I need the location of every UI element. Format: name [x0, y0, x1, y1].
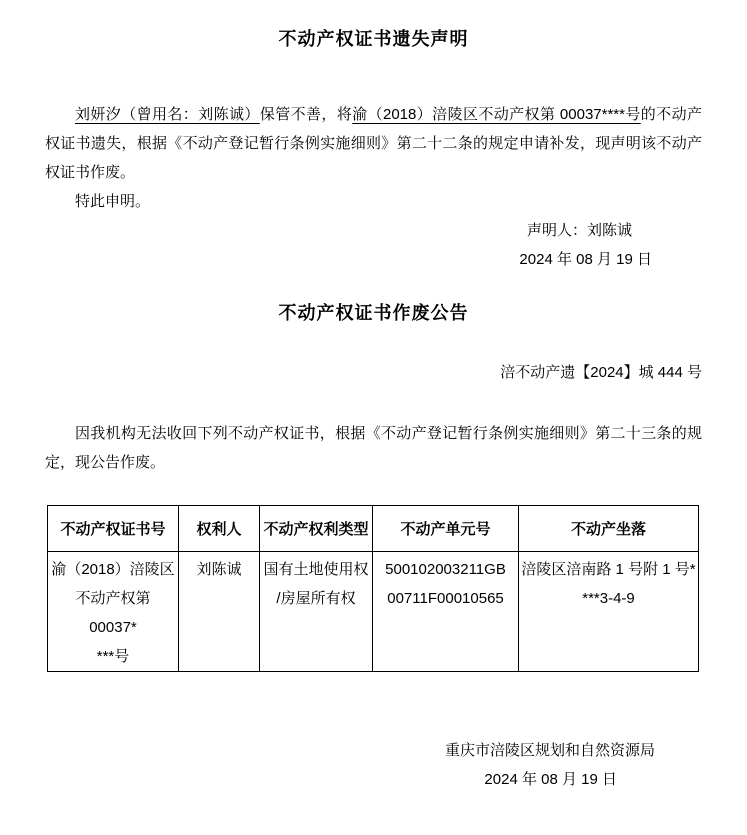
- header-property-location: 不动产坐落: [519, 506, 699, 552]
- loss-declaration-title: 不动产权证书遗失声明: [45, 26, 702, 52]
- header-rights-holder: 权利人: [179, 506, 260, 552]
- cell-unit-number: 500102003211GB 00711F00010565: [373, 552, 519, 672]
- certificate-number-underlined: 渝（2018）涪陵区不动产权第 00037****号: [352, 106, 641, 123]
- notice-document-number: 涪不动产遗【2024】城 444 号: [45, 358, 702, 387]
- header-unit-number: 不动产单元号: [373, 506, 519, 552]
- closing-statement: 特此申明。: [45, 187, 702, 216]
- invalidation-paragraph: 因我机构无法收回下列不动产权证书，根据《不动产登记暂行条例实施细则》第二十三条的…: [45, 419, 702, 477]
- invalidation-notice-title: 不动产权证书作废公告: [45, 300, 702, 326]
- cell-certificate-number: 渝（2018）涪陵区 不动产权第 00037* ***号: [48, 552, 179, 672]
- cell-rights-holder: 刘陈诚: [179, 552, 260, 672]
- paragraph-middle-text: 保管不善，将: [260, 106, 352, 123]
- declaration-date: 2024 年 08 月 19 日: [45, 245, 702, 274]
- declarant-line: 声明人：刘陈诚: [45, 216, 702, 245]
- document-page: 不动产权证书遗失声明 刘妍汐（曾用名：刘陈诚）保管不善，将渝（2018）涪陵区不…: [0, 0, 747, 794]
- certificate-table: 不动产权证书号 权利人 不动产权利类型 不动产单元号 不动产坐落 渝（2018）…: [47, 505, 699, 672]
- declarant-name-underlined: 刘妍汐（曾用名：刘陈诚）: [75, 106, 260, 123]
- header-certificate-number: 不动产权证书号: [48, 506, 179, 552]
- signature-block: 声明人：刘陈诚 2024 年 08 月 19 日: [45, 216, 702, 274]
- header-rights-type: 不动产权利类型: [260, 506, 373, 552]
- issuer-block: 重庆市涪陵区规划和自然资源局 2024 年 08 月 19 日: [45, 736, 702, 794]
- issuing-authority: 重庆市涪陵区规划和自然资源局: [45, 736, 702, 765]
- notice-date: 2024 年 08 月 19 日: [45, 765, 702, 794]
- cell-rights-type: 国有土地使用权 /房屋所有权: [260, 552, 373, 672]
- table-header-row: 不动产权证书号 权利人 不动产权利类型 不动产单元号 不动产坐落: [48, 506, 699, 552]
- loss-declaration-paragraph: 刘妍汐（曾用名：刘陈诚）保管不善，将渝（2018）涪陵区不动产权第 00037*…: [45, 100, 702, 187]
- cell-property-location: 涪陵区涪南路 1 号附 1 号* ***3-4-9: [519, 552, 699, 672]
- table-row: 渝（2018）涪陵区 不动产权第 00037* ***号 刘陈诚 国有土地使用权…: [48, 552, 699, 672]
